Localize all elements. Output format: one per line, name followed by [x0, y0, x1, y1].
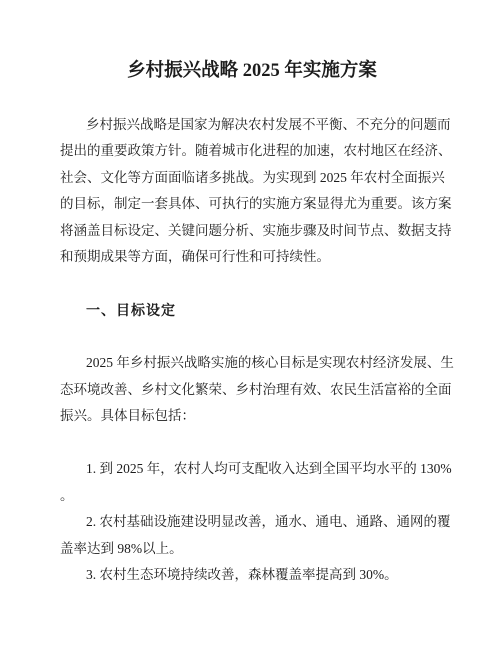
text-line: 乡村振兴战略是国家为解决农村发展不平衡、不充分的问题而	[60, 112, 444, 139]
text-line: 提出的重要政策方针。随着城市化进程的加速，农村地区在经济、	[60, 138, 444, 165]
text-line: 态环境改善、乡村文化繁荣、乡村治理有效、农民生活富裕的全面	[60, 377, 444, 404]
text-line: 和预期成果等方面，确保可行性和可持续性。	[60, 244, 444, 271]
document-title: 乡村振兴战略 2025 年实施方案	[60, 58, 444, 85]
text-line: 将涵盖目标设定、关键问题分析、实施步骤及时间节点、数据支持	[60, 218, 444, 245]
goal-line-3: 3. 农村生态环境持续改善，森林覆盖率提高到 30%。	[60, 562, 444, 589]
document-page: 乡村振兴战略 2025 年实施方案 乡村振兴战略是国家为解决农村发展不平衡、不充…	[0, 0, 500, 647]
goal-line-2-wrap: 盖率达到 98%以上。	[60, 536, 444, 563]
document-content: 乡村振兴战略 2025 年实施方案 乡村振兴战略是国家为解决农村发展不平衡、不充…	[60, 58, 444, 589]
text-line: 社会、文化等方面面临诸多挑战。为实现到 2025 年农村全面振兴	[60, 165, 444, 192]
text-line: 2025 年乡村振兴战略实施的核心目标是实现农村经济发展、生	[60, 350, 444, 377]
goal-line-1-wrap: 。	[60, 483, 444, 510]
text-line: 的目标，制定一套具体、可执行的实施方案显得尤为重要。该方案	[60, 191, 444, 218]
goal-line-2: 2. 农村基础设施建设明显改善，通水、通电、通路、通网的覆	[60, 509, 444, 536]
goals-list: 1. 到 2025 年，农村人均可支配收入达到全国平均水平的 130% 。 2.…	[60, 456, 444, 589]
section-overview-paragraph: 2025 年乡村振兴战略实施的核心目标是实现农村经济发展、生 态环境改善、乡村文…	[60, 350, 444, 430]
section-heading-goal-setting: 一、目标设定	[60, 297, 444, 324]
goal-line-1: 1. 到 2025 年，农村人均可支配收入达到全国平均水平的 130%	[60, 456, 444, 483]
intro-paragraph: 乡村振兴战略是国家为解决农村发展不平衡、不充分的问题而 提出的重要政策方针。随着…	[60, 112, 444, 271]
text-line: 振兴。具体目标包括：	[60, 403, 444, 430]
